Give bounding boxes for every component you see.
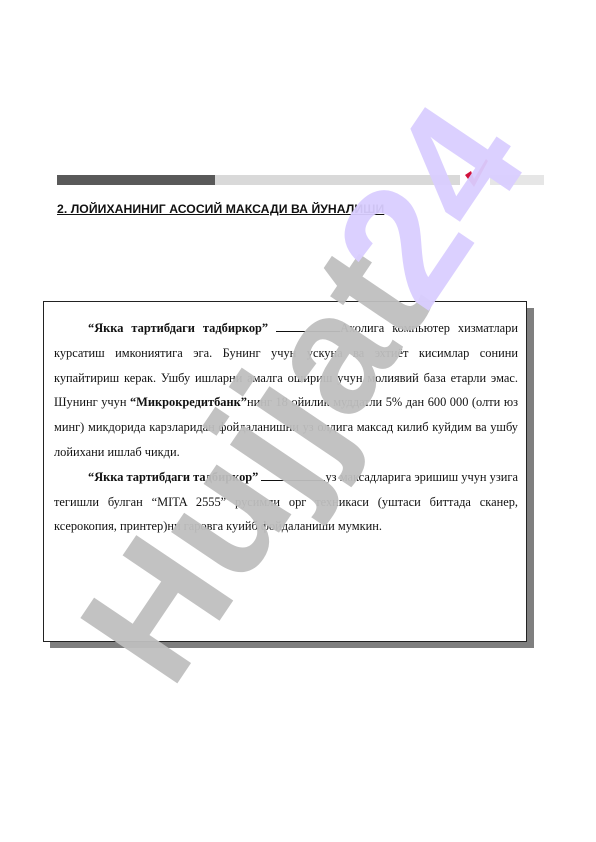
- header-bar-dark: [57, 175, 215, 185]
- checkmark-icon: [462, 157, 490, 189]
- document-page: 2. ЛОЙИХАНИНИГ АСОСИЙ МАКСАДИ ВА ЙУНАЛИШ…: [0, 0, 596, 842]
- fill-in-blank: [276, 320, 340, 332]
- section-heading: 2. ЛОЙИХАНИНИГ АСОСИЙ МАКСАДИ ВА ЙУНАЛИШ…: [57, 202, 384, 216]
- entity-name: “Якка тартибдаги тадбиркор”: [88, 470, 258, 484]
- header-bar-light-end: [490, 175, 544, 185]
- text-box-content: “Якка тартибдаги тадбиркор” Ахолига комп…: [54, 316, 518, 539]
- entity-name: “Якка тартибдаги тадбиркор”: [88, 321, 268, 335]
- paragraph-2: “Якка тартибдаги тадбиркор” уз максадлар…: [54, 465, 518, 539]
- paragraph-1: “Якка тартибдаги тадбиркор” Ахолига комп…: [54, 316, 518, 465]
- bank-name: “Микрокредитбанк”: [130, 395, 247, 409]
- fill-in-blank: [261, 469, 325, 481]
